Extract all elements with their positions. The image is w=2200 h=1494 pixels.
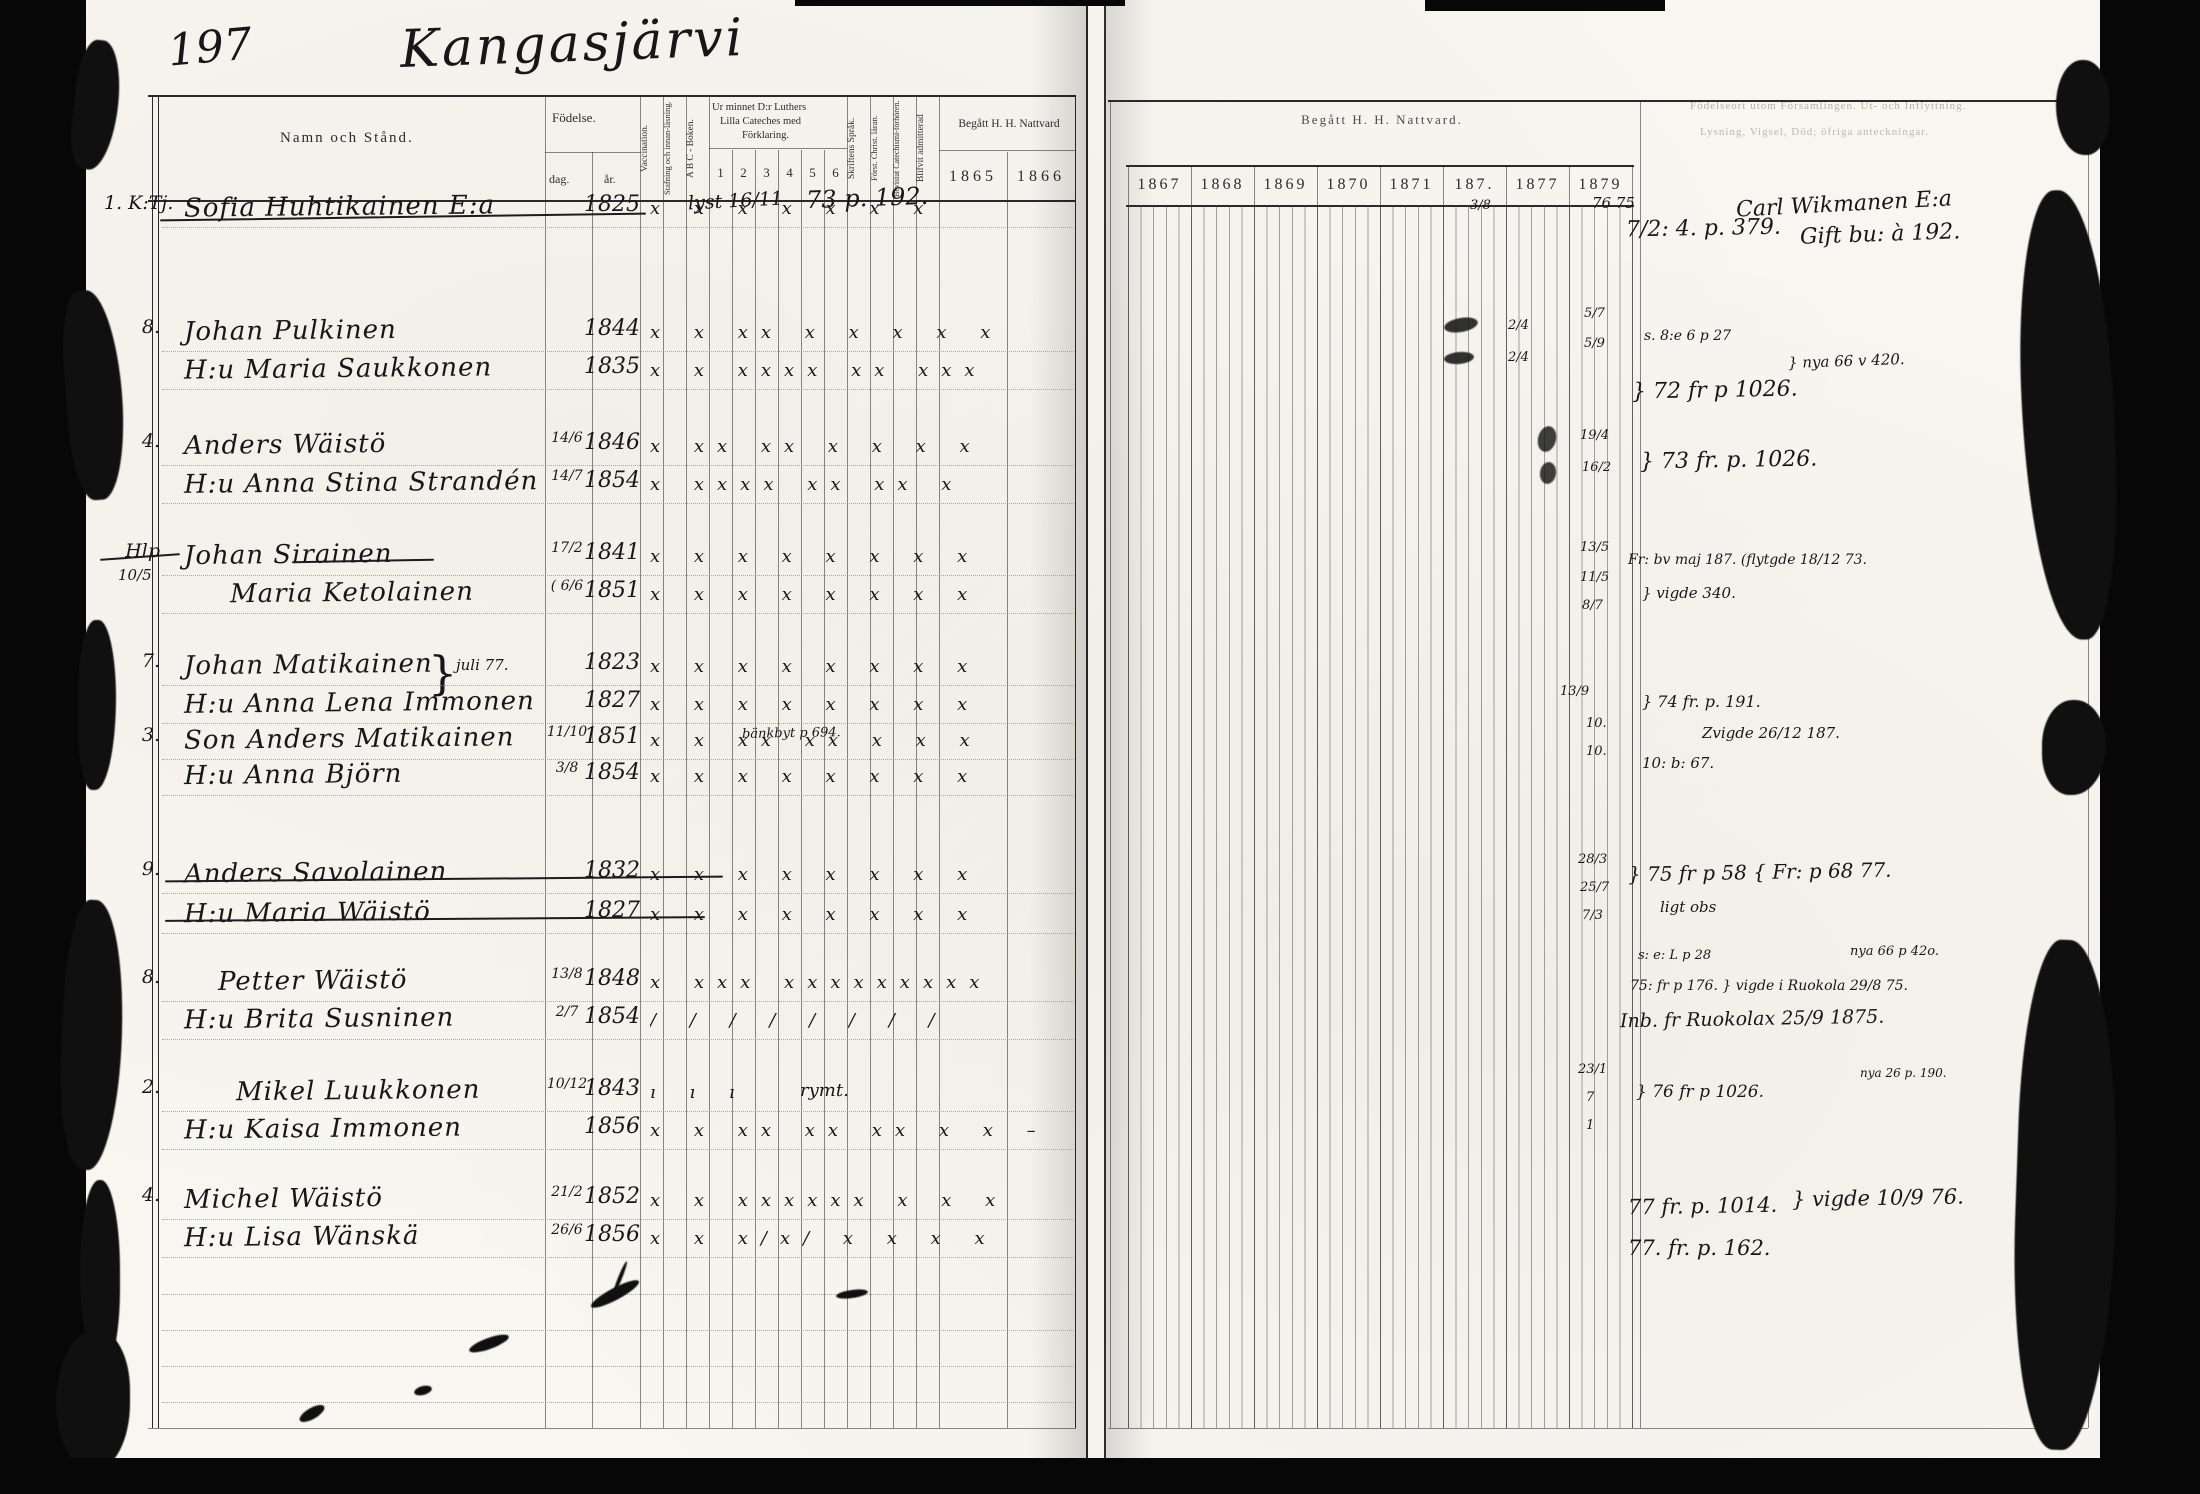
entry-after-note: rymt. xyxy=(800,1080,849,1101)
year-column-rule xyxy=(1443,165,1444,1428)
entry-name: H:u Anna Lena Immonen xyxy=(184,686,535,720)
entry-marks: x x x x x x x x xyxy=(650,694,1074,715)
date-mark: 19/4 xyxy=(1580,428,1609,443)
entry-name: H:u Anna Stina Strandén xyxy=(184,466,539,500)
entry-marks: x x xxxx xx xxx xyxy=(650,360,1074,381)
cateches-col-6: 6 xyxy=(824,165,847,181)
entry-name: H:u Anna Björn xyxy=(184,759,403,791)
entry-name: Anders Savolainen xyxy=(184,857,448,890)
margin-note: 75: fr p 176. } vigde i Ruokola 29/8 75. xyxy=(1630,978,1908,994)
row-rule xyxy=(162,351,1074,352)
entry-name: Johan Matikainen xyxy=(184,649,433,682)
communion-year-187x: 187. xyxy=(1443,176,1506,194)
date-mark: 25/7 xyxy=(1580,880,1609,895)
rule-line xyxy=(709,148,847,149)
register-entry: 3. Son Anders Matikainen 11/10 1851 x x … xyxy=(0,724,1080,760)
row-rule xyxy=(162,1039,1074,1040)
margin-note: } vigde 10/9 76. xyxy=(1792,1185,1964,1212)
scan-edge-top xyxy=(1425,0,1665,11)
cateches-col-4: 4 xyxy=(778,165,801,181)
communion-year-1868: 1868 xyxy=(1191,176,1254,194)
register-entry: 2. Mikel Luukkonen 10/12 1843 ı ı ı rymt… xyxy=(0,1076,1080,1112)
entry-name: H:u Lisa Wänskä xyxy=(184,1221,420,1253)
row-rule xyxy=(162,1330,1074,1331)
margin-note: Zvigde 26/12 187. xyxy=(1702,724,1840,742)
entry-marks: x x x x x x x x xyxy=(650,864,1074,885)
cateches-col-2: 2 xyxy=(732,165,755,181)
register-entry: H:u Brita Susninen 2/7 1854 / / / / / / … xyxy=(0,1004,1080,1040)
margin-note: } 72 fr p 1026. xyxy=(1632,377,1798,405)
register-entry: H:u Maria Wäistö 1827 x x x x x x x x xyxy=(0,898,1080,934)
date-mark: 1 xyxy=(1586,1118,1594,1133)
year-column-rule xyxy=(1128,165,1129,1428)
table-bottom-rule xyxy=(148,1428,1076,1429)
row-rule xyxy=(162,759,1074,760)
entry-birth-year: 1827 xyxy=(584,688,642,713)
register-entry: Maria Ketolainen ( 6/6 1851 x x x x x x … xyxy=(0,578,1080,614)
entry-number: 9. xyxy=(104,858,160,880)
entry-marks: x x xx xx x x x xyxy=(650,730,1074,751)
faint-header-line-2: Lysning, Vigsel, Död; öfriga anteckninga… xyxy=(1700,126,1929,138)
pew-note: bänkbyt p 694. xyxy=(742,725,841,742)
entry-marks: ı ı ı xyxy=(650,1082,1074,1103)
entry-name: Johan Sirainen xyxy=(184,539,393,571)
entry-marks: x x xx xx xx x x – xyxy=(650,1120,1074,1141)
date-mark: 5/7 xyxy=(1584,306,1605,321)
scan-edge-blot xyxy=(56,1330,130,1470)
register-entry: 7. Johan Matikainen } juli 77. 1823 x x … xyxy=(0,650,1080,686)
entry-name: Maria Ketolainen xyxy=(230,577,474,610)
row-rule xyxy=(162,389,1074,390)
scan-edge-left xyxy=(0,0,86,1494)
entry-name: H:u Maria Saukkonen xyxy=(184,352,492,385)
col-header-birth-year: år. xyxy=(604,172,616,187)
date-mark: 13/9 xyxy=(1560,684,1589,699)
column-rule xyxy=(1110,100,1111,1428)
entry-marks: x x x x x x x x xyxy=(650,656,1074,677)
year-column-rule xyxy=(1380,165,1381,1428)
date-mark: 28/3 xyxy=(1578,852,1607,867)
margin-note: } 75 fr p 58 { Fr: p 68 77. xyxy=(1628,858,1892,887)
margin-note: nya 26 p. 190. xyxy=(1860,1066,1947,1080)
date-mark: 13/5 xyxy=(1580,540,1609,555)
overlay-note: 73 p. 192. xyxy=(806,182,929,214)
margin-note: Inb. fr Ruokolax 25/9 1875. xyxy=(1620,1006,1885,1033)
column-rule xyxy=(1640,100,1641,1428)
year-column-rule xyxy=(1191,165,1192,1428)
entry-name: Michel Wäistö xyxy=(184,1183,383,1215)
communion-year-1865: 1865 xyxy=(939,168,1007,186)
rule-line xyxy=(1108,1428,2088,1429)
col-header-name: Namn och Stånd. xyxy=(280,130,414,147)
entry-birth-year: 1856 xyxy=(584,1222,642,1247)
entry-marks: x x x x x x x x xyxy=(650,766,1074,787)
communion-year-1877: 1877 xyxy=(1506,176,1569,194)
year-column-rule xyxy=(1317,165,1318,1428)
entry-birth-year: 1854 xyxy=(584,1004,642,1029)
date-mark: 16/2 xyxy=(1582,460,1611,475)
date-mark: 10. xyxy=(1586,744,1607,759)
col-header-cateches-2: Lilla Cateches med xyxy=(720,116,801,127)
page-number: 197 xyxy=(166,18,254,76)
entry-marks: x xxx xxxxxxxxx xyxy=(650,972,1074,993)
entry-marks: x x x x x x x x xyxy=(650,904,1074,925)
date-mark: 8/7 xyxy=(1582,598,1603,613)
entry-birth-year: 1846 xyxy=(584,430,642,455)
gutter-rule xyxy=(1104,0,1106,1460)
entry-marks: x x xxxxxx x x x xyxy=(650,1190,1074,1211)
year-column-rule xyxy=(1506,165,1507,1428)
entry-birth-year: 1827 xyxy=(584,898,642,923)
entry-number: 1. K:Tj. xyxy=(104,192,160,214)
margin-note: s: e: L p 28 xyxy=(1638,948,1711,963)
communion-year-1879: 1879 xyxy=(1569,176,1632,194)
margin-note: 77 fr. p. 1014. xyxy=(1628,1193,1778,1220)
scan-edge-top xyxy=(795,0,1125,6)
col-header-birth-day: dag. xyxy=(549,172,569,187)
entry-marks: x x x x x x x x xyxy=(650,546,1074,567)
col-header-abc-book: A B C - Boken. xyxy=(686,99,709,198)
row-rule xyxy=(162,1219,1074,1220)
margin-note: } 73 fr. p. 1026. xyxy=(1640,446,1818,474)
title-underline xyxy=(148,95,1076,97)
row-rule xyxy=(162,933,1074,934)
row-rule xyxy=(162,893,1074,894)
row-rule xyxy=(162,1402,1074,1403)
scan-edge-right xyxy=(2100,0,2200,1494)
col-header-birth: Födelse. xyxy=(552,110,596,126)
communion-year-1870: 1870 xyxy=(1317,176,1380,194)
row-rule xyxy=(162,1366,1074,1367)
row-rule xyxy=(162,685,1074,686)
margin-note: 10: b: 67. xyxy=(1642,754,1714,772)
entry-birth-year: 1856 xyxy=(584,1114,642,1139)
date-mark: 11/5 xyxy=(1580,570,1609,585)
communion-year-1871: 1871 xyxy=(1380,176,1443,194)
row-rule xyxy=(162,723,1074,724)
row-rule xyxy=(162,795,1074,796)
entry-birth-year: 1852 xyxy=(584,1184,642,1209)
cateches-col-5: 5 xyxy=(801,165,824,181)
communion-mark: 2/4 xyxy=(1508,350,1529,365)
register-entry: 4. Michel Wäistö 21/2 1852 x x xxxxxx x … xyxy=(0,1184,1080,1220)
entry-marks: x xx xx x x x x xyxy=(650,436,1074,457)
cateches-col-1: 1 xyxy=(709,165,732,181)
margin-note: 7/2: 4. p. 379. xyxy=(1626,215,1781,243)
entry-marks: x xxxx xx xx x xyxy=(650,474,1074,495)
date-mark: 10. xyxy=(1586,716,1607,731)
scanned-register-page: 197 Kangasjärvi Namn och Stånd. Födelse.… xyxy=(0,0,2200,1494)
entry-birth-year: 1843 xyxy=(584,1076,642,1101)
entry-birth-year: 1848 xyxy=(584,966,642,991)
row-rule xyxy=(162,1001,1074,1002)
entry-name: Anders Wäistö xyxy=(184,429,387,461)
years-handwritten-note: 76 75 xyxy=(1592,194,1635,212)
gutter-rule xyxy=(1086,0,1088,1460)
entry-marks: / / / / / / / / xyxy=(650,1010,1074,1031)
row-rule xyxy=(162,613,1074,614)
entry-marks: x x x/x/ x x x x xyxy=(650,1228,1074,1249)
entry-name: H:u Brita Susninen xyxy=(184,1003,455,1036)
communion-mark: 2/4 xyxy=(1508,318,1529,333)
entry-name: Johan Pulkinen xyxy=(184,315,397,347)
col-header-reading: Stafning och innan-läsning. xyxy=(663,99,686,198)
register-entry: 8. Johan Pulkinen 1844 x x xx x x x x x xyxy=(0,316,1080,352)
margin-note: } 74 fr. p. 191. xyxy=(1642,692,1761,711)
register-entry: H:u Anna Stina Strandén 14/7 1854 x xxxx… xyxy=(0,468,1080,504)
margin-note: 77. fr. p. 162. xyxy=(1628,1236,1770,1260)
entry-marks: x x x x x x x x xyxy=(650,584,1074,605)
entry-name: H:u Kaisa Immonen xyxy=(184,1113,462,1146)
date-mark: 7 xyxy=(1586,1090,1594,1105)
entry-name: Petter Wäistö xyxy=(218,965,408,997)
cateches-col-3: 3 xyxy=(755,165,778,181)
entry-name: H:u Maria Wäistö xyxy=(184,897,431,930)
year-column-rule xyxy=(1569,165,1570,1428)
entry-birth-year: 1854 xyxy=(584,468,642,493)
row-rule xyxy=(162,503,1074,504)
row-rule xyxy=(162,1257,1074,1258)
row-rule xyxy=(162,227,1074,228)
entry-birth-year: 1854 xyxy=(584,760,642,785)
register-entry: 9. Anders Savolainen 1832 x x x x x x x … xyxy=(0,858,1080,894)
margin-note: nya 66 p 42o. xyxy=(1850,944,1939,959)
col-header-cateches-3: Förklaring. xyxy=(742,130,789,141)
communion-mark: 3/8 xyxy=(1470,198,1491,213)
register-entry: H:u Lisa Wänskä 26/6 1856 x x x/x/ x x x… xyxy=(0,1222,1080,1258)
margin-note: Fr: bv maj 187. (flytgde 18/12 73. xyxy=(1628,552,1867,568)
register-entry: Hlp 10/5 Johan Sirainen 17/2 1841 x x x … xyxy=(0,540,1080,576)
row-rule xyxy=(162,575,1074,576)
row-rule xyxy=(162,1111,1074,1112)
margin-note: ligt obs xyxy=(1660,898,1716,916)
entry-birth-year: 1851 xyxy=(584,724,642,749)
entry-birth-year: 1832 xyxy=(584,858,642,883)
entry-birth-year: 1841 xyxy=(584,540,642,565)
entry-birth-year: 1835 xyxy=(584,354,642,379)
margin-note: s. 8:e 6 p 27 xyxy=(1644,328,1731,344)
entry-marks: x x xx x x x x x xyxy=(650,322,1074,343)
margin-note: } vigde 340. xyxy=(1642,584,1736,602)
communion-year-1867: 1867 xyxy=(1128,176,1191,194)
entry-name: Mikel Luukkonen xyxy=(236,1075,481,1108)
faint-header-line-1: Födelseort utom Församlingen. Ut- och In… xyxy=(1690,100,1966,112)
page-title: Kangasjärvi xyxy=(399,8,746,80)
communion-year-1869: 1869 xyxy=(1254,176,1317,194)
date-mark: 23/1 xyxy=(1578,1062,1607,1077)
register-entry: H:u Anna Björn 3/8 1854 x x x x x x x x xyxy=(0,760,1080,796)
entry-birth-year: 1823 xyxy=(584,650,642,675)
col-header-vaccination: Vaccination. xyxy=(640,99,663,198)
register-entry: 8. Petter Wäistö 13/8 1848 x xxx xxxxxxx… xyxy=(0,966,1080,1002)
register-entry: 4. Anders Wäistö 14/6 1846 x xx xx x x x… xyxy=(0,430,1080,466)
scan-edge-blot xyxy=(2056,60,2110,155)
margin-note: } 76 fr p 1026. xyxy=(1636,1082,1764,1102)
year-column-rule xyxy=(1254,165,1255,1428)
entry-birth-year: 1851 xyxy=(584,578,642,603)
entry-birth-year: 1844 xyxy=(584,316,642,341)
row-rule xyxy=(162,465,1074,466)
register-entry: H:u Maria Saukkonen 1835 x x xxxx xx xxx xyxy=(0,354,1080,390)
col-header-communion-right: Begått H. H. Nattvard. xyxy=(1128,112,1636,128)
register-entry: H:u Anna Lena Immonen 1827 x x x x x x x… xyxy=(0,688,1080,724)
scan-edge-bottom xyxy=(0,1458,2200,1494)
entry-after-note: juli 77. xyxy=(456,656,509,674)
register-entry: H:u Kaisa Immonen 1856 x x xx xx xx x x … xyxy=(0,1114,1080,1150)
row-rule xyxy=(162,1149,1074,1150)
entry-name: Son Anders Matikainen xyxy=(184,722,515,755)
date-mark: 5/9 xyxy=(1584,336,1605,351)
col-header-cateches-1: Ur minnet D:r Luthers xyxy=(712,102,806,113)
date-mark: 7/3 xyxy=(1582,908,1603,923)
